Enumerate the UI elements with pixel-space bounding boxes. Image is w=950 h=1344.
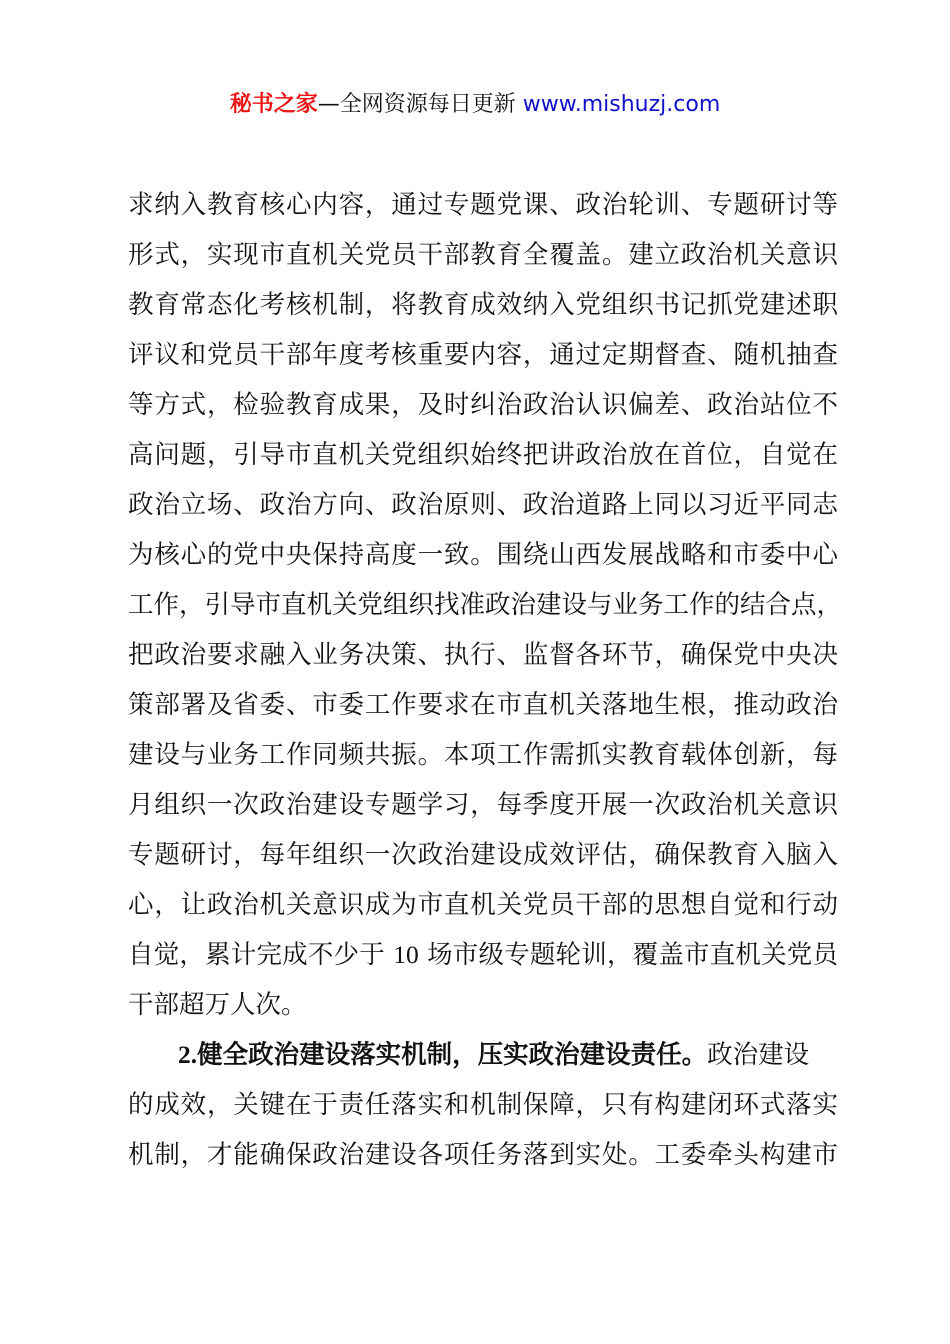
header-slogan: —全网资源每日更新 <box>318 92 523 117</box>
section-lead-text: 政治建设 <box>707 1040 809 1070</box>
paragraph-line: 月组织一次政治建设专题学习，每季度开展一次政治机关意识 <box>128 780 838 830</box>
page-header: 秘书之家—全网资源每日更新 www.mishuzj.com <box>0 88 950 122</box>
paragraph-line: 心，让政治机关意识成为市直机关党员干部的思想自觉和行动 <box>128 880 838 930</box>
section-heading: 健全政治建设落实机制，压实政治建设责任。 <box>197 1040 707 1070</box>
section-number: 2. <box>178 1040 197 1069</box>
paragraph-line: 自觉，累计完成不少于 10 场市级专题轮训，覆盖市直机关党员 <box>128 930 838 980</box>
paragraph-line: 政治立场、政治方向、政治原则、政治道路上同以习近平同志 <box>128 480 838 530</box>
paragraph-line: 干部超万人次。 <box>128 980 838 1030</box>
line-text: 场市级专题轮训，覆盖市直机关党员 <box>427 940 838 970</box>
paragraph-line: 机制，才能确保政治建设各项任务落到实处。工委牵头构建市 <box>128 1130 838 1180</box>
paragraph-line: 工作，引导市直机关党组织找准政治建设与业务工作的结合点， <box>128 580 838 630</box>
paragraph-line: 形式，实现市直机关党员干部教育全覆盖。建立政治机关意识 <box>128 230 838 280</box>
training-count: 10 <box>393 940 419 969</box>
paragraph-line: 建设与业务工作同频共振。本项工作需抓实教育载体创新，每 <box>128 730 838 780</box>
paragraph-line: 为核心的党中央保持高度一致。围绕山西发展战略和市委中心 <box>128 530 838 580</box>
line-text: 自觉，累计完成不少于 <box>128 940 385 970</box>
header-brand: 秘书之家 <box>230 92 318 117</box>
paragraph-line: 策部署及省委、市委工作要求在市直机关落地生根，推动政治 <box>128 680 838 730</box>
section-heading-line: 2.健全政治建设落实机制，压实政治建设责任。政治建设 <box>128 1030 838 1080</box>
header-url[interactable]: www.mishuzj.com <box>523 92 720 117</box>
paragraph-line: 专题研讨，每年组织一次政治建设成效评估，确保教育入脑入 <box>128 830 838 880</box>
paragraph-line: 高问题，引导市直机关党组织始终把讲政治放在首位，自觉在 <box>128 430 838 480</box>
paragraph-line: 教育常态化考核机制，将教育成效纳入党组织书记抓党建述职 <box>128 280 838 330</box>
paragraph-line: 把政治要求融入业务决策、执行、监督各环节，确保党中央决 <box>128 630 838 680</box>
paragraph-line: 的成效，关键在于责任落实和机制保障，只有构建闭环式落实 <box>128 1080 838 1130</box>
paragraph-line: 等方式，检验教育成果，及时纠治政治认识偏差、政治站位不 <box>128 380 838 430</box>
document-body: 求纳入教育核心内容，通过专题党课、政治轮训、专题研讨等 形式，实现市直机关党员干… <box>128 180 838 1180</box>
paragraph-line: 评议和党员干部年度考核重要内容，通过定期督查、随机抽查 <box>128 330 838 380</box>
paragraph-line: 求纳入教育核心内容，通过专题党课、政治轮训、专题研讨等 <box>128 180 838 230</box>
